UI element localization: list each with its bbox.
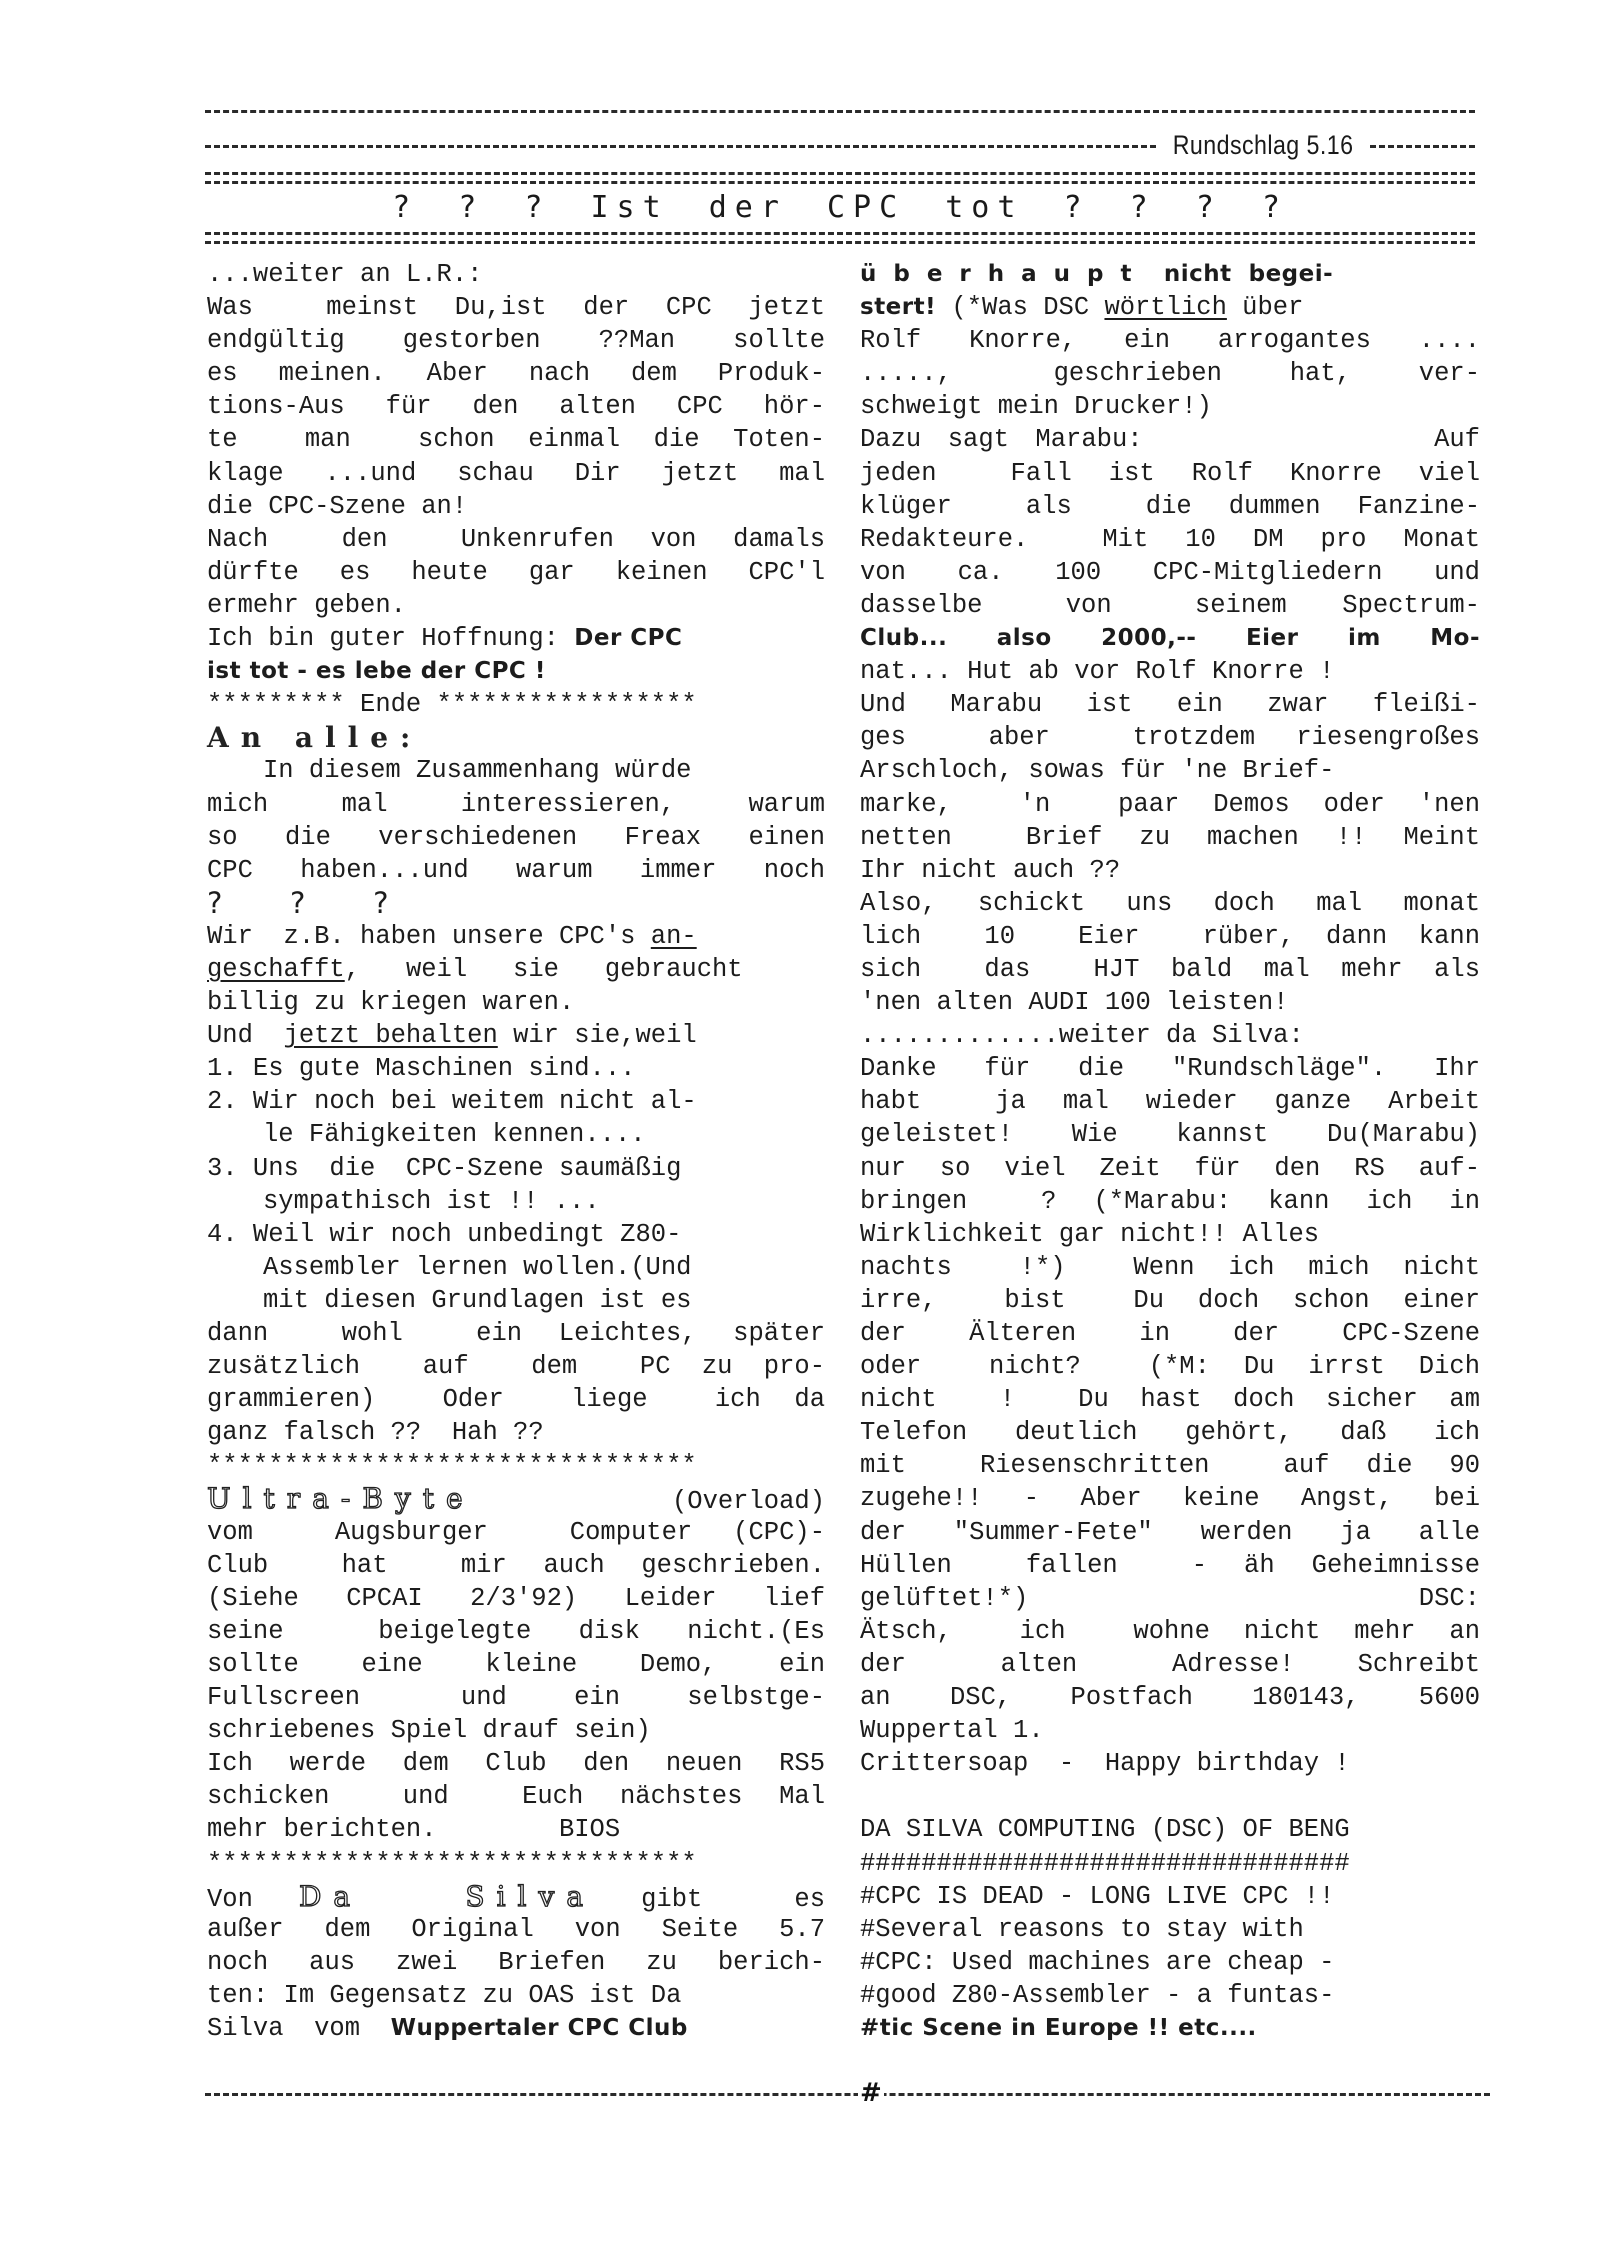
list-item-2-cont: le Fähigkeiten kennen.... <box>207 1118 825 1151</box>
section-heading-da-silva: Da Silva <box>299 1880 595 1913</box>
text-fragment: Silva vom <box>207 2014 391 2043</box>
text-line: bringen ? (*Marabu: kann ich in <box>860 1185 1480 1218</box>
dsc-banner-line: #CPC: Used machines are cheap - <box>860 1946 1480 1979</box>
text-fragment: wir sie,weil <box>498 1021 697 1050</box>
list-item-4-cont: mit diesen Grundlagen ist es <box>207 1284 825 1317</box>
text-line: Dazu sagt Marabu: Auf <box>860 423 1480 456</box>
text-line: die CPC-Szene an! <box>207 490 825 523</box>
issue-label: Rundschlag 5.16 <box>1171 130 1355 161</box>
hash-separator: ################################ <box>860 1847 1480 1880</box>
header-dash-right <box>1370 145 1475 148</box>
section-heading-ultra-byte: Ultra-Byte <box>207 1482 475 1515</box>
page-title: ? ? ? Ist der CPC tot ? ? ? ? <box>205 188 1475 228</box>
text-line: Wuppertal 1. <box>860 1714 1480 1747</box>
footer-hash-mark: # <box>858 2080 884 2106</box>
text-line: der Älteren in der CPC-Szene <box>860 1317 1480 1350</box>
text-fragment: (*Was DSC <box>936 293 1104 322</box>
text-fragment: , weil sie gebraucht <box>345 955 743 984</box>
text-line: Was meinst Du,ist der CPC jetzt <box>207 291 825 324</box>
text-line: In diesem Zusammenhang würde <box>207 754 825 787</box>
text-line: außer dem Original von Seite 5.7 <box>207 1913 825 1946</box>
text-line: schriebenes Spiel drauf sein) <box>207 1714 825 1747</box>
text-line: Ätsch, ich wohne nicht mehr an <box>860 1615 1480 1648</box>
text-line: lich 10 Eier rüber, dann kann <box>860 920 1480 953</box>
text-line: so die verschiedenen Freax einen <box>207 821 825 854</box>
text-line: Hüllen fallen - äh Geheimnisse <box>860 1549 1480 1582</box>
text-line: jeden Fall ist Rolf Knorre viel <box>860 457 1480 490</box>
text-line: CPC haben...und warum immer noch <box>207 854 825 887</box>
text-fragment: Von <box>207 1885 253 1914</box>
text-line: endgültig gestorben ??Man sollte <box>207 324 825 357</box>
text-line: es meinen. Aber nach dem Produk- <box>207 357 825 390</box>
text-line: dann wohl ein Leichtes, später <box>207 1317 825 1350</box>
text-line: Fullscreen und ein selbstge- <box>207 1681 825 1714</box>
dsc-banner-line: #CPC IS DEAD - LONG LIVE CPC !! <box>860 1880 1480 1913</box>
fanzine-page: Rundschlag 5.16 ? ? ? Ist der CPC tot ? … <box>0 0 1600 2267</box>
list-item-3-cont: sympathisch ist !! ... <box>207 1185 825 1218</box>
text-fragment: Wir z.B. haben unsere CPC's <box>207 922 651 951</box>
top-dashed-rule <box>205 110 1475 113</box>
text-line: noch aus zwei Briefen zu berich- <box>207 1946 825 1979</box>
dsc-banner-line-bold: #tic Scene in Europe !! etc.... <box>860 2012 1480 2045</box>
text-line: zusätzlich auf dem PC zu pro- <box>207 1350 825 1383</box>
blank-line <box>860 1780 1480 1813</box>
double-rule-bottom-b <box>205 241 1475 244</box>
text-line: geleistet! Wie kannst Du(Marabu) <box>860 1118 1480 1151</box>
text-line: an DSC, Postfach 180143, 5600 <box>860 1681 1480 1714</box>
text-line: te man schon einmal die Toten- <box>207 423 825 456</box>
text-line: ermehr geben. <box>207 589 825 622</box>
text-line: nachts !*) Wenn ich mich nicht <box>860 1251 1480 1284</box>
text-line: Nach den Unkenrufen von damals <box>207 523 825 556</box>
text-line: Danke für die "Rundschläge". Ihr <box>860 1052 1480 1085</box>
text-line: Club hat mir auch geschrieben. <box>207 1549 825 1582</box>
text-line: nur so viel Zeit für den RS auf- <box>860 1152 1480 1185</box>
text-line: schweigt mein Drucker!) <box>860 390 1480 423</box>
right-column: überhaupt nicht begei- stert! (*Was DSC … <box>860 258 1480 2045</box>
text-line: billig zu kriegen waren. <box>207 986 825 1019</box>
text-line: Arschloch, sowas für 'ne Brief- <box>860 754 1480 787</box>
bold-text: stert! <box>860 294 936 320</box>
text-line: oder nicht? (*M: Du irrst Dich <box>860 1350 1480 1383</box>
text-line: zugehe!! - Aber keine Angst, bei <box>860 1482 1480 1515</box>
dsc-banner-line: #Several reasons to stay with <box>860 1913 1480 1946</box>
header-dash-left <box>205 145 1156 148</box>
text-line: ten: Im Gegensatz zu OAS ist Da <box>207 1979 825 2012</box>
issue-header: Rundschlag 5.16 <box>205 130 1475 160</box>
text-line: Silva vom Wuppertaler CPC Club <box>207 2012 825 2045</box>
dsc-banner-title: DA SILVA COMPUTING (DSC) OF BENG <box>860 1813 1480 1846</box>
text-line: ganz falsch ?? Hah ?? <box>207 1416 825 1449</box>
text-fragment: (Overload) <box>672 1487 825 1516</box>
dsc-banner-line: #good Z80-Assembler - a funtas- <box>860 1979 1480 2012</box>
text-line: 'nen alten AUDI 100 leisten! <box>860 986 1480 1019</box>
text-line: Und Marabu ist ein zwar fleißi- <box>860 688 1480 721</box>
text-line: Von Da Silva gibt es <box>207 1880 825 1913</box>
text-line: Ihr nicht auch ?? <box>860 854 1480 887</box>
text-line: überhaupt nicht begei- <box>860 258 1480 291</box>
text-line: grammieren) Oder liege ich da <box>207 1383 825 1416</box>
text-line: geschafft, weil sie gebraucht <box>207 953 825 986</box>
ende-separator: ********* Ende ***************** <box>207 688 825 721</box>
text-line: nat... Hut ab vor Rolf Knorre ! <box>860 655 1480 688</box>
text-line: seine beigelegte disk nicht.(Es <box>207 1615 825 1648</box>
text-line: nicht ! Du hast doch sicher am <box>860 1383 1480 1416</box>
hope-text: Ich bin guter Hoffnung: <box>207 624 574 653</box>
text-line: netten Brief zu machen !! Meint <box>860 821 1480 854</box>
text-line: der alten Adresse! Schreibt <box>860 1648 1480 1681</box>
text-line: mit Riesenschritten auf die 90 <box>860 1449 1480 1482</box>
text-line: sollte eine kleine Demo, ein <box>207 1648 825 1681</box>
text-line: Ich bin guter Hoffnung: Der CPC <box>207 622 825 655</box>
text-line: habt ja mal wieder ganze Arbeit <box>860 1085 1480 1118</box>
text-line: Wir z.B. haben unsere CPC's an- <box>207 920 825 953</box>
text-line: mich mal interessieren, warum <box>207 788 825 821</box>
bold-slogan: ist tot - es lebe der CPC ! <box>207 655 825 688</box>
text-line: ges aber trotzdem riesengroßes <box>860 721 1480 754</box>
text-line: ....., geschrieben hat, ver- <box>860 357 1480 390</box>
text-line: ...weiter an L.R.: <box>207 258 825 291</box>
bold-spaced-text: überhaupt <box>860 261 1149 287</box>
text-line: tions-Aus für den alten CPC hör- <box>207 390 825 423</box>
text-line: klüger als die dummen Fanzine- <box>860 490 1480 523</box>
text-line: von ca. 100 CPC-Mitgliedern und <box>860 556 1480 589</box>
text-line: (Siehe CPCAI 2/3'92) Leider lief <box>207 1582 825 1615</box>
section-heading-an-alle: An alle: <box>207 721 825 754</box>
text-fragment: über <box>1227 293 1304 322</box>
double-rule-bottom-a <box>205 232 1475 235</box>
underlined-text: wörtlich <box>1104 293 1226 322</box>
text-line: sich das HJT bald mal mehr als <box>860 953 1480 986</box>
text-fragment: Und <box>207 1021 284 1050</box>
double-rule-top-a <box>205 172 1475 175</box>
text-line: klage ...und schau Dir jetzt mal <box>207 457 825 490</box>
bold-text: nicht begei- <box>1164 261 1333 287</box>
text-line: stert! (*Was DSC wörtlich über <box>860 291 1480 324</box>
bold-text-line: Club... also 2000,-- Eier im Mo- <box>860 622 1480 655</box>
bold-club-name: Wuppertaler CPC Club <box>391 2015 688 2041</box>
asterisk-separator: ******************************** <box>207 1847 825 1880</box>
left-column: ...weiter an L.R.: Was meinst Du,ist der… <box>207 258 825 2045</box>
text-fragment: gibt es <box>641 1885 825 1914</box>
list-item-4-cont: Assembler lernen wollen.(Und <box>207 1251 825 1284</box>
asterisk-separator: ******************************** <box>207 1449 825 1482</box>
text-line: vom Augsburger Computer (CPC)- <box>207 1516 825 1549</box>
text-line: dürfte es heute gar keinen CPC'l <box>207 556 825 589</box>
text-line: gelüftet!*) DSC: <box>860 1582 1480 1615</box>
underlined-text: jetzt behalten <box>284 1021 498 1050</box>
text-line: Telefon deutlich gehört, daß ich <box>860 1416 1480 1449</box>
text-line: dasselbe von seinem Spectrum- <box>860 589 1480 622</box>
text-line: Rolf Knorre, ein arrogantes .... <box>860 324 1480 357</box>
text-line: Crittersoap - Happy birthday ! <box>860 1747 1480 1780</box>
underlined-text: geschafft <box>207 955 345 984</box>
list-item-4: 4. Weil wir noch unbedingt Z80- <box>207 1218 825 1251</box>
text-line: Ich werde dem Club den neuen RS5 <box>207 1747 825 1780</box>
text-line: Ultra-Byte (Overload) <box>207 1482 825 1515</box>
underlined-text: an- <box>651 922 697 951</box>
double-rule-top-b <box>205 181 1475 184</box>
footer-dashed-rule <box>205 2093 1490 2096</box>
list-item-3: 3. Uns die CPC-Szene saumäßig <box>207 1152 825 1185</box>
list-item-1: 1. Es gute Maschinen sind... <box>207 1052 825 1085</box>
text-line: Und jetzt behalten wir sie,weil <box>207 1019 825 1052</box>
text-line: irre, bist Du doch schon einer <box>860 1284 1480 1317</box>
signature-bios: mehr berichten. BIOS <box>207 1813 825 1846</box>
text-line: der "Summer-Fete" werden ja alle <box>860 1516 1480 1549</box>
bold-slogan-start: Der CPC <box>574 625 682 651</box>
text-line: Also, schickt uns doch mal monat <box>860 887 1480 920</box>
text-line: schicken und Euch nächstes Mal <box>207 1780 825 1813</box>
list-item-2: 2. Wir noch bei weitem nicht al- <box>207 1085 825 1118</box>
question-marks: ? ? ? <box>207 887 825 920</box>
text-line: Redakteure. Mit 10 DM pro Monat <box>860 523 1480 556</box>
text-line: marke, 'n paar Demos oder 'nen <box>860 788 1480 821</box>
text-line: Wirklichkeit gar nicht!! Alles <box>860 1218 1480 1251</box>
text-line: .............weiter da Silva: <box>860 1019 1480 1052</box>
